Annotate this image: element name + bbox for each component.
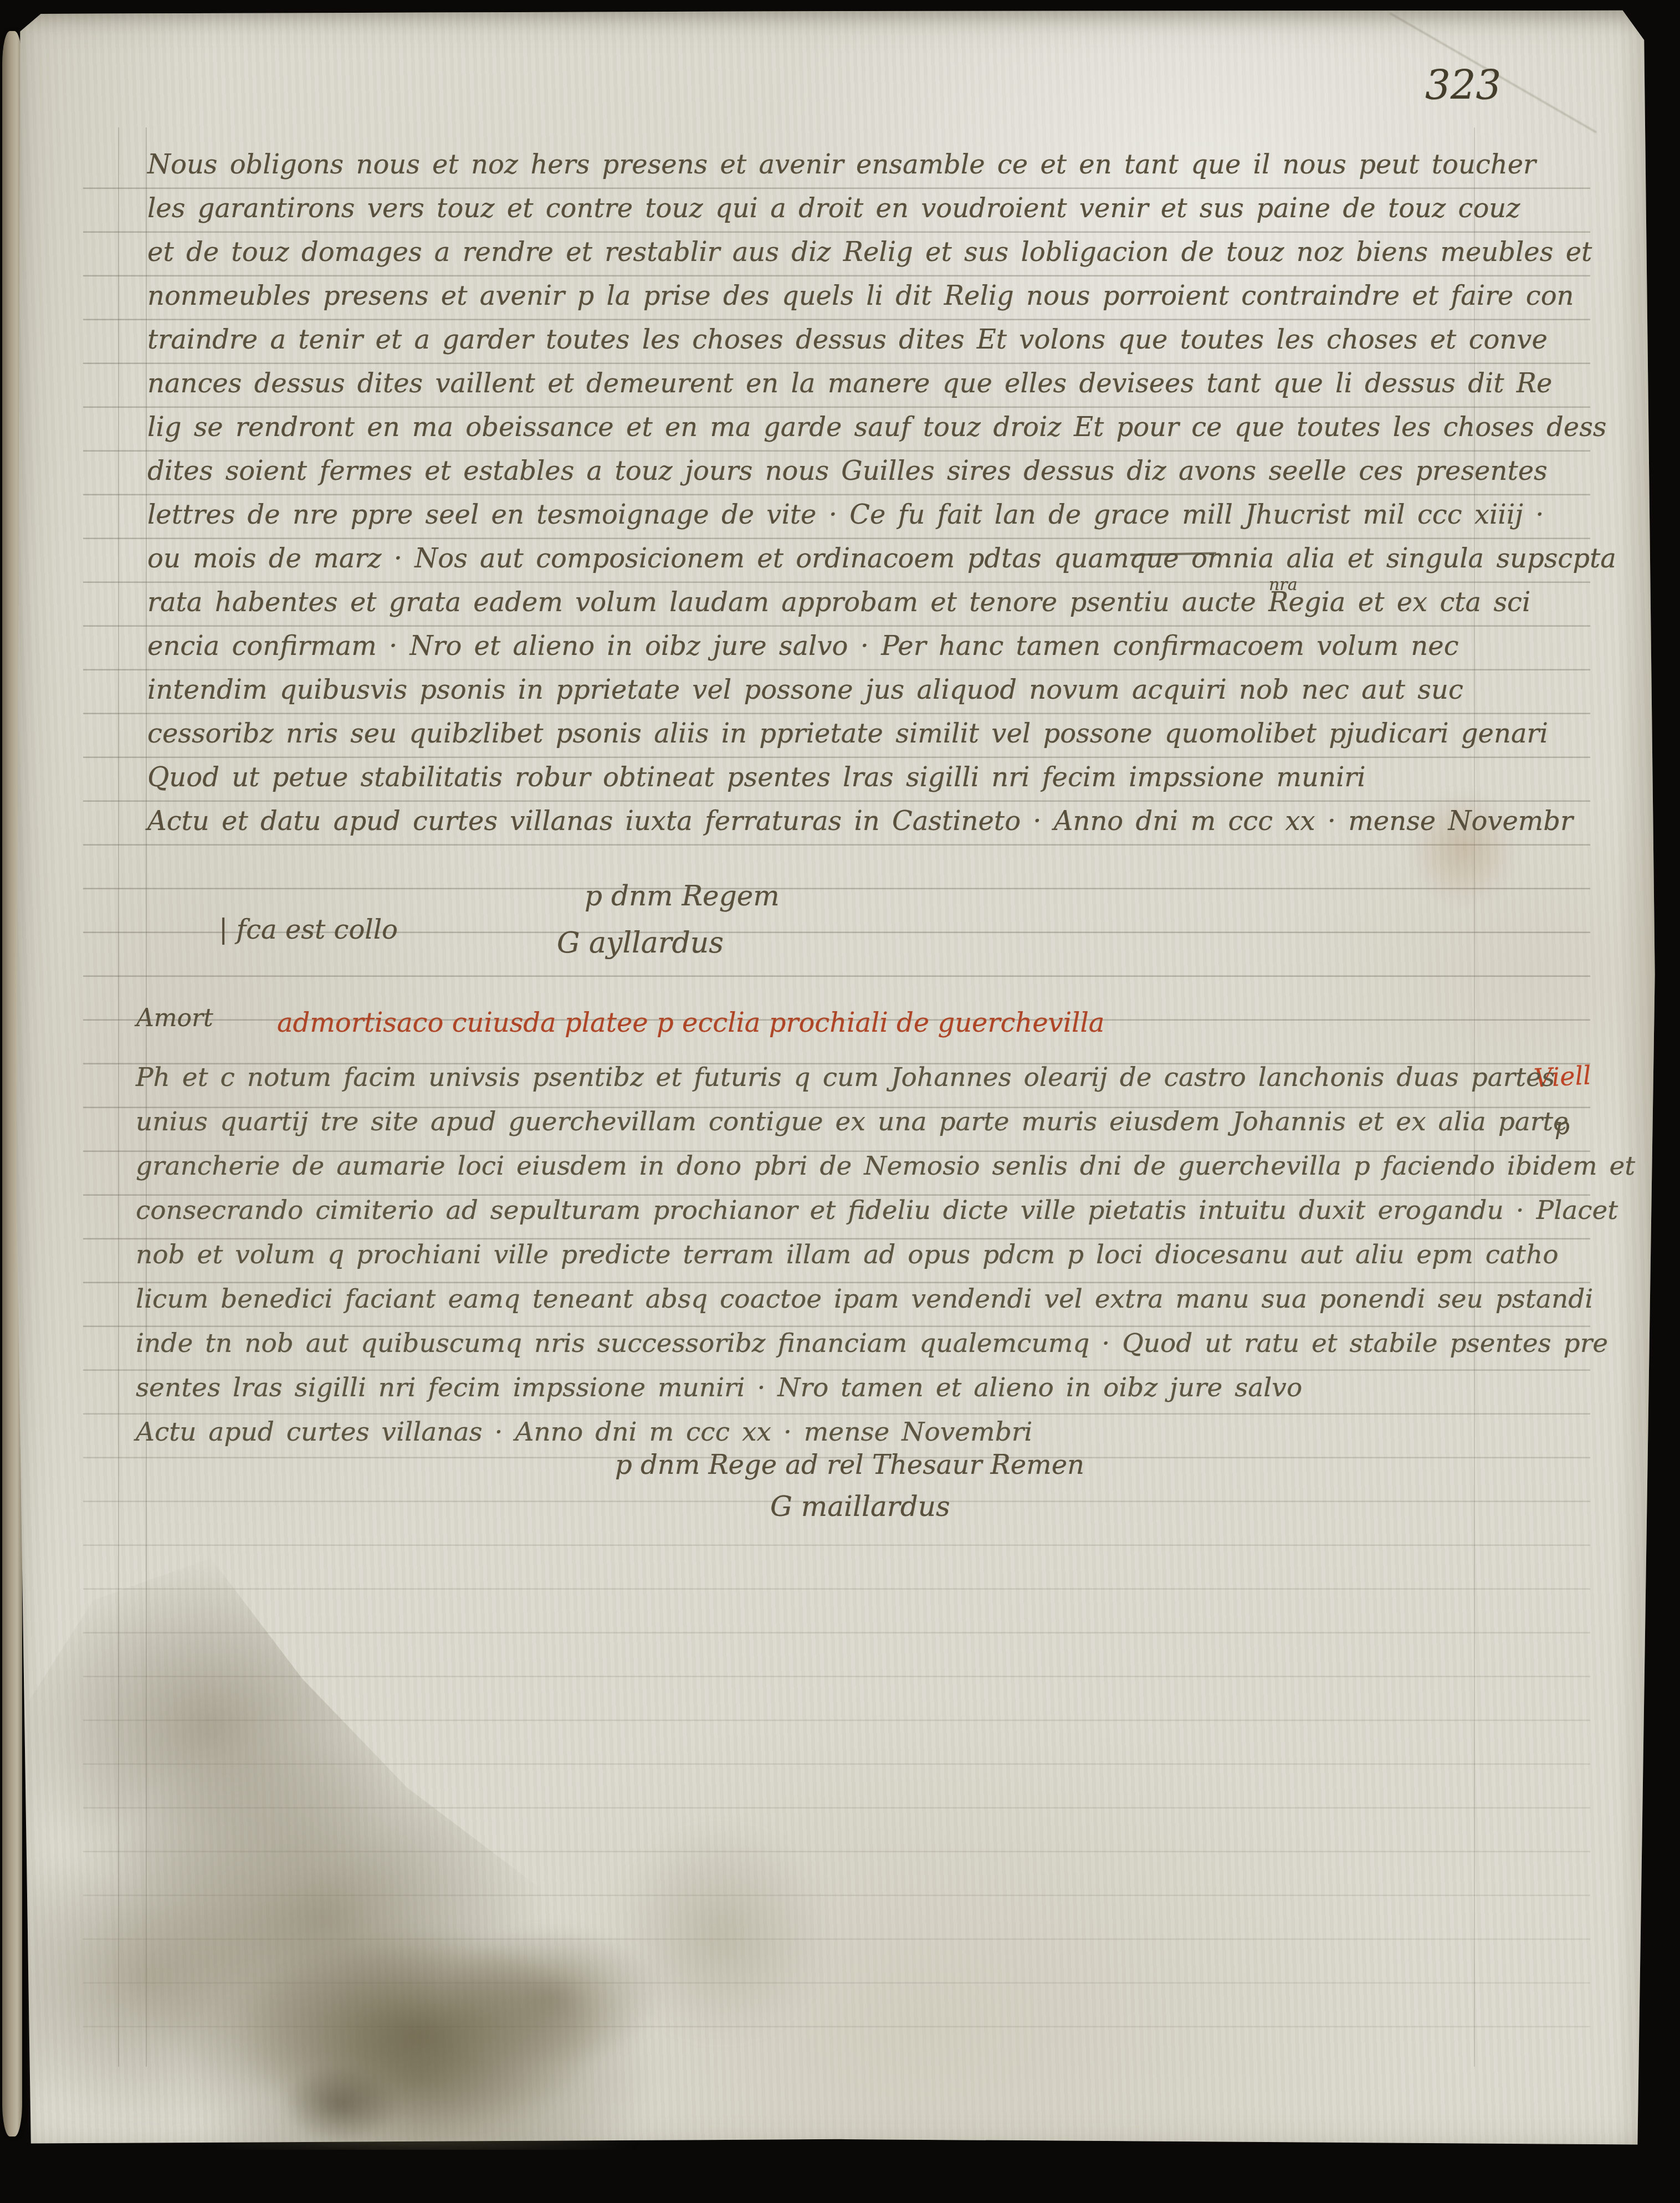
charter2-signature-name: G maillardus [770, 1490, 950, 1523]
folio-number: 323 [1425, 62, 1501, 109]
parchment-stain-faint [565, 1762, 875, 2072]
interlinear-insertion: nra [1269, 575, 1298, 595]
charter1-line: Actu et datu apud curtes villanas iuxta … [147, 800, 1599, 843]
charter1-text-block: Nous obligons nous et noz hers presens e… [147, 143, 1599, 843]
charter1-line: encia confirmam · Nro et alieno in oibz … [147, 624, 1599, 668]
charter1-line: ou mois de marz · Nos aut composicionem … [147, 537, 1599, 581]
charter2-text-block: Ph et c notum facim univsis psentibz et … [136, 1056, 1610, 1454]
manuscript-scan: 323 Nous obligons nous et noz hers prese… [0, 0, 1680, 2203]
charter1-line: rata habentes et grata eadem volum lauda… [147, 581, 1599, 624]
charter2-line: Actu apud curtes villanas · Anno dni m c… [136, 1410, 1610, 1454]
charter2-line: sentes lras sigilli nri fecim impssione … [136, 1366, 1610, 1410]
charter1-line: nances dessus dites vaillent et demeuren… [147, 362, 1599, 406]
charter1-line: Nous obligons nous et noz hers presens e… [147, 143, 1599, 187]
charter1-line: lettres de nre ppre seel en tesmoignage … [147, 493, 1599, 537]
margin-note-amort: Amort [136, 1004, 213, 1032]
charter1-collation-note: | fca est collo [219, 914, 398, 945]
charter1-line: nonmeubles presens et avenir p la prise … [147, 274, 1599, 318]
charter1-line: intendim quibusvis psonis in pprietate v… [147, 668, 1599, 712]
charter2-line: nob et volum q prochiani ville predicte … [136, 1233, 1610, 1277]
rubric-title: admortisaco cuiusda platee p ecclia proc… [277, 1007, 1104, 1038]
charter1-line: lig se rendront en ma obeissance et en m… [147, 406, 1599, 449]
charter1-line: Quod ut petue stabilitatis robur obtinea… [147, 756, 1599, 800]
charter1-line: et de touz domages a rendre et restablir… [147, 230, 1599, 274]
charter1-line: cessoribz nris seu quibzlibet psonis ali… [147, 712, 1599, 756]
charter1-line: les garantirons vers touz et contre touz… [147, 187, 1599, 230]
charter2-line: licum benedici faciant eamq teneant absq… [136, 1277, 1610, 1321]
charter1-line: dites soient fermes et estables a touz j… [147, 449, 1599, 493]
charter2-signature-per-regem: p dnm Rege ad rel Thesaur Remen [615, 1449, 1084, 1480]
charter1-signature-name: G ayllardus [557, 926, 724, 960]
charter2-line: inde tn nob aut quibuscumq nris successo… [136, 1321, 1610, 1366]
charter2-line: consecrando cimiterio ad sepulturam proc… [136, 1188, 1610, 1233]
charter2-line: unius quartij tre site apud guerchevilla… [136, 1100, 1610, 1144]
charter2-line: Ph et c notum facim univsis psentibz et … [136, 1056, 1610, 1100]
charter2-line: grancherie de aumarie loci eiusdem in do… [136, 1144, 1610, 1188]
charter1-line: traindre a tenir et a garder toutes les … [147, 318, 1599, 362]
charter1-signature-per-regem: p dnm Regem [585, 880, 780, 912]
